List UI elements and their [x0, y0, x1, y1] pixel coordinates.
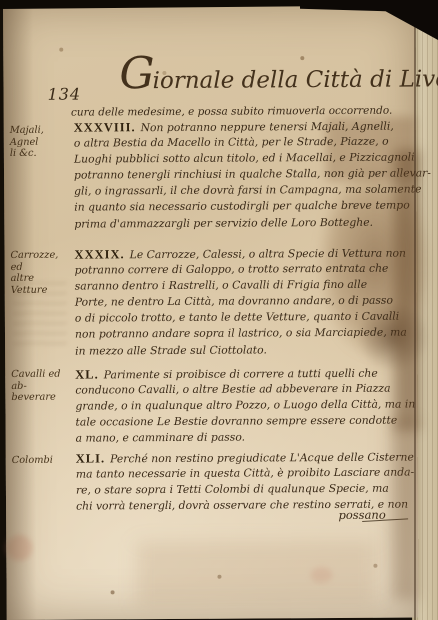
stain-pink-bottom	[310, 567, 332, 583]
article-numeral: XXXVIII.	[74, 120, 136, 134]
text-line-content: Perché non restino pregiudicate L'Acque …	[110, 450, 414, 465]
text-line: a mano, e camminare di passo.	[76, 430, 426, 448]
paragraph-39: XXXIX.Le Carrozze, Calessi, o altra Spec…	[74, 245, 425, 360]
stain-bottom	[136, 541, 376, 606]
page-number: 134	[47, 85, 81, 104]
paragraph-38: XXXVIII.Non potranno neppure tenersi Maj…	[74, 118, 425, 233]
carryover-line: cura delle medesime, e possa subito rimu…	[64, 105, 400, 119]
article-numeral: XXXIX.	[74, 247, 124, 261]
manuscript-photo: 134 Giornale della Città di Livorno cura…	[0, 0, 438, 620]
text-line-content: Non potranno neppure tenersi Majali, Agn…	[141, 120, 394, 135]
manuscript-page: 134 Giornale della Città di Livorno cura…	[3, 4, 419, 620]
text-line-content: Parimente si proibisce di correre a tutt…	[104, 367, 378, 382]
binding-gutter-shadow	[3, 7, 37, 620]
paragraph-41: XLI.Perché non restino pregiudicate L'Ac…	[76, 449, 426, 516]
page-edge-line	[414, 6, 416, 620]
page-title: Giornale della Città di Livorno	[119, 63, 409, 95]
text-line: in mezzo alle Strade sul Ciottolato.	[75, 342, 425, 360]
article-numeral: XLI.	[76, 451, 105, 465]
text-line: prima d'ammazzargli per servizio delle L…	[74, 215, 424, 233]
paragraph-40: XL.Parimente si proibisce di correre a t…	[75, 365, 425, 448]
article-numeral: XL.	[75, 367, 99, 381]
text-line-content: Le Carrozze, Calessi, o altra Specie di …	[130, 247, 406, 262]
